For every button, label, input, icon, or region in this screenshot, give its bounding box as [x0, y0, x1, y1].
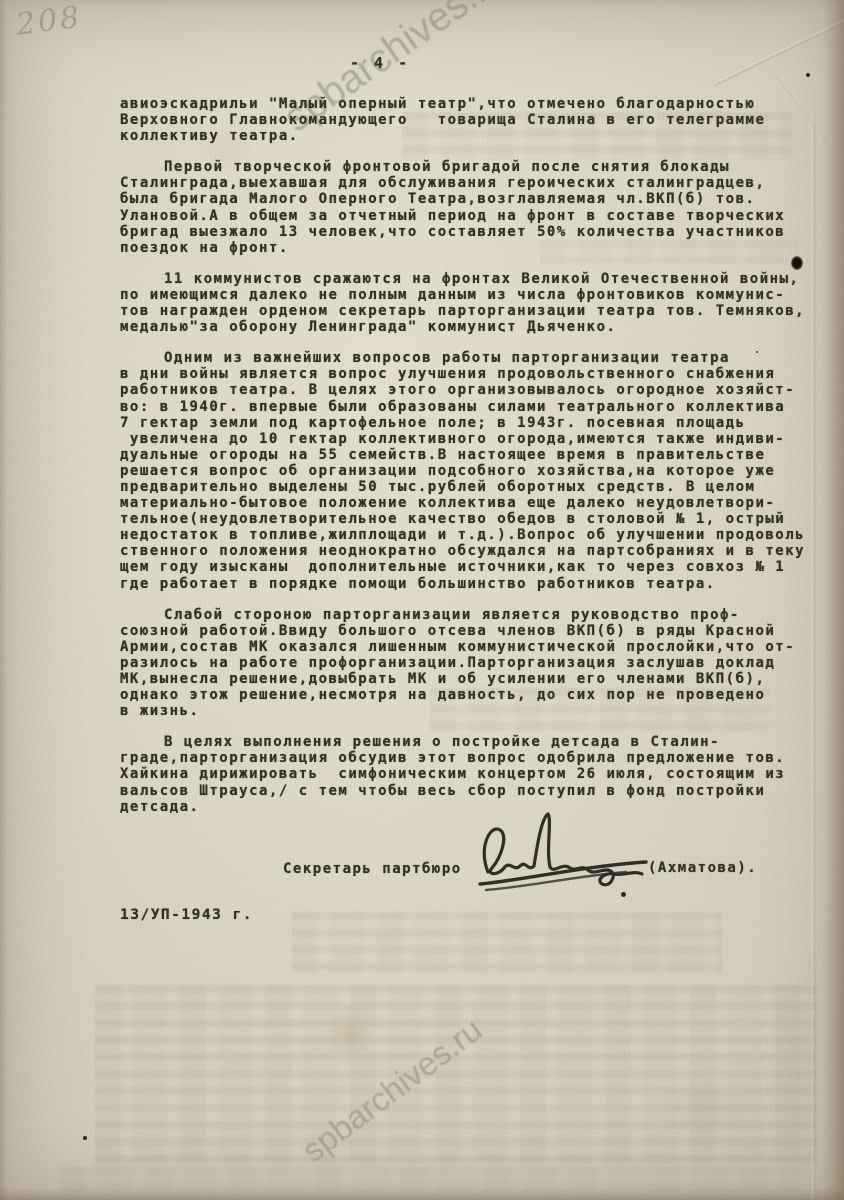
handwritten-sheet-number: 208	[14, 0, 84, 43]
text-line: граде,парторганизация обсудив этот вопро…	[120, 750, 822, 766]
text-line: была бригада Малого Оперного Театра,возг…	[120, 191, 822, 207]
text-line: коллективу театра.	[120, 128, 822, 144]
document-text: авиоэскадрильи "Малый оперный театр",что…	[120, 96, 822, 830]
ink-speck	[83, 1136, 87, 1140]
archive-watermark: spbarchives.ru	[295, 1010, 489, 1170]
text-line: Одним из важнейших вопросов работы парто…	[120, 350, 822, 366]
paper-edge	[0, 0, 7, 1200]
text-line: недостаток в топливе,жилплощади и т.д.).…	[120, 527, 822, 543]
text-line: щем году изысканы дополнительные источни…	[120, 559, 822, 575]
text-line: разилось на работе профорганизации.Парто…	[120, 655, 822, 671]
text-line: материально-бытовое положение коллектива…	[120, 495, 822, 511]
paper-hole	[791, 256, 803, 270]
paragraph: Слабой стороною парторганизации является…	[120, 607, 822, 720]
text-line: Сталинграда,выехавшая для обслуживания г…	[120, 175, 822, 191]
paragraph: Одним из важнейших вопросов работы парто…	[120, 350, 822, 591]
paragraph: авиоэскадрильи "Малый оперный театр",что…	[120, 96, 822, 144]
text-line: Первой творческой фронтовой бригадой пос…	[120, 159, 822, 175]
text-line: вальсов Штрауса,/ с тем чтобы весь сбор …	[120, 783, 822, 799]
text-line: ственного положения неоднократно обсужда…	[120, 543, 822, 559]
text-line: 7 гектар земли под картофельное поле; в …	[120, 415, 822, 431]
text-line: Хайкина дирижировать симфоническим конце…	[120, 766, 822, 782]
text-line: Армии,состав МК оказался лишенным коммун…	[120, 639, 822, 655]
paragraph: 11 коммунистов сражаются на фронтах Вели…	[120, 271, 822, 335]
text-line: тельное(неудовлетворительное качество об…	[120, 511, 822, 527]
text-line: Верховного Главнокомандующего товарища С…	[120, 112, 822, 128]
text-line: однако этож решение,несмотря на давность…	[120, 687, 822, 703]
ink-speck	[806, 73, 810, 77]
text-line: Улановой.А в общем за отчетный период на…	[120, 208, 822, 224]
text-line: медалью"за оборону Ленинграда" коммунист…	[120, 319, 822, 335]
text-line: во: в 1940г. впервые были образованы сил…	[120, 399, 822, 415]
ink-speck	[503, 330, 505, 332]
bleedthrough-text	[95, 985, 817, 1163]
text-line: тов награжден орденом секретарь парторга…	[120, 303, 822, 319]
text-line: где работает в порядке помощи большинств…	[120, 576, 822, 592]
document-date: 13/УП-1943 г.	[120, 907, 253, 923]
text-line: детсада.	[120, 799, 822, 815]
text-line: решается вопрос об организации подсобног…	[120, 463, 822, 479]
text-line: союзной работой.Ввиду большого отсева чл…	[120, 623, 822, 639]
text-line: авиоэскадрильи "Малый оперный театр",что…	[120, 96, 822, 112]
text-line: увеличена до 10 гектар коллективного ого…	[120, 431, 822, 447]
text-line: работников театра. В целях этого организ…	[120, 382, 822, 398]
text-line: по имеющимся далеко не полным данным из …	[120, 287, 822, 303]
page-number: - 4 -	[350, 54, 410, 72]
text-line: МК,вынесла решение,довыбрать МК и об уси…	[120, 671, 822, 687]
text-line: бригад выезжало 13 человек,что составляе…	[120, 224, 822, 240]
paper-edge	[822, 0, 844, 1200]
text-line: В целях выполнения решения о постройке д…	[120, 734, 822, 750]
scanned-document-page: spbarchives.ru spbarchives.ru 208 - 4 - …	[0, 0, 844, 1200]
text-line: в дни войны является вопрос улучшения пр…	[120, 366, 822, 382]
signature-name: (Ахматова).	[648, 860, 757, 876]
text-line: поездок на фронт.	[120, 240, 822, 256]
ink-speck	[214, 214, 216, 216]
ink-speck	[621, 892, 626, 897]
signature-title: Секретарь партбюро	[283, 861, 462, 877]
text-line: Слабой стороною парторганизации является…	[120, 607, 822, 623]
paragraph: Первой творческой фронтовой бригадой пос…	[120, 159, 822, 256]
bleedthrough-text	[292, 912, 722, 974]
paper-edge	[0, 1188, 844, 1200]
text-line: предварительно выделены 50 тыс.рублей об…	[120, 479, 822, 495]
paper-stain	[660, 1075, 750, 1145]
text-line: дуальные огороды на 55 семейств.В настоя…	[120, 447, 822, 463]
text-line: 11 коммунистов сражаются на фронтах Вели…	[120, 271, 822, 287]
paper-stain	[328, 1005, 370, 1063]
text-line: в жизнь.	[120, 703, 822, 719]
ink-speck	[756, 351, 758, 353]
paragraph: В целях выполнения решения о постройке д…	[120, 734, 822, 814]
